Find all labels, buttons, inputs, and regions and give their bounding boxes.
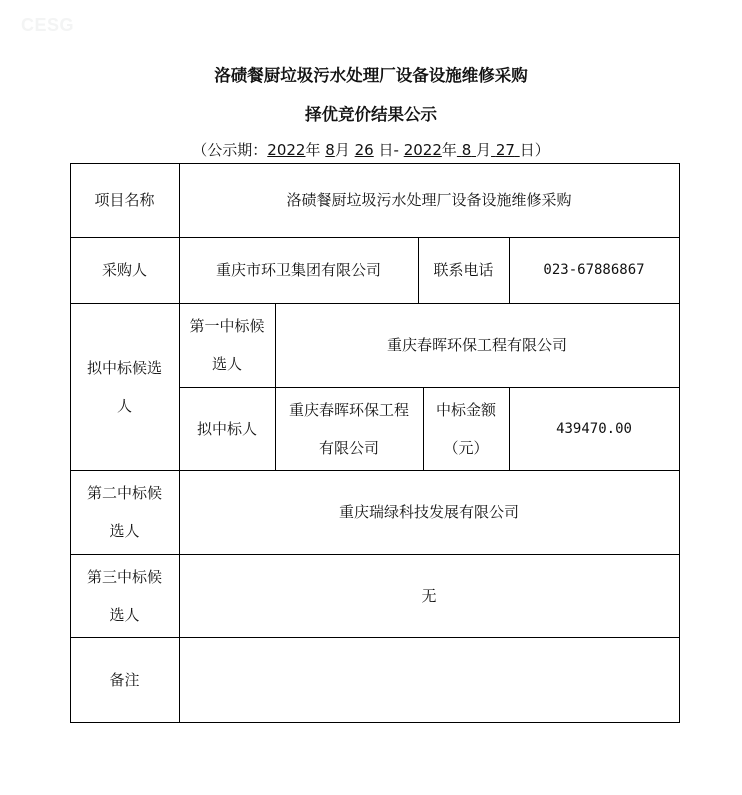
year-label: 年 xyxy=(305,141,320,159)
third-candidate-label-line1: 第三中标候 xyxy=(87,558,162,596)
announcement-period: （公示期：2022年 8月 26 日- 2022年 8 月 27 日） xyxy=(0,139,742,160)
start-month: 8 xyxy=(325,141,335,159)
month-label: 月 xyxy=(335,141,350,159)
remarks-label: 备注 xyxy=(70,637,179,722)
second-candidate-value: 重庆瑞绿科技发展有限公司 xyxy=(179,470,679,554)
bid-amount-label-line2: （元） xyxy=(443,429,488,467)
document-subtitle: 择优竞价结果公示 xyxy=(0,101,742,125)
end-month: 8 xyxy=(462,141,472,159)
second-candidate-label-line1: 第二中标候 xyxy=(87,474,162,512)
month-label: 月 xyxy=(476,141,491,159)
remarks-value xyxy=(179,637,679,722)
second-candidate-label: 第二中标候 选人 xyxy=(70,470,179,554)
third-candidate-label-line2: 选人 xyxy=(109,596,139,634)
end-year: 2022 xyxy=(404,141,442,159)
document-title: 洛碛餐厨垃圾污水处理厂设备设施维修采购 xyxy=(0,62,742,86)
contact-phone-value: 023-67886867 xyxy=(509,237,679,303)
first-candidate-label-line1: 第一中标候 xyxy=(189,307,264,345)
bid-amount-label: 中标金额 （元） xyxy=(423,387,509,470)
bid-amount-value: 439470.00 xyxy=(509,387,679,470)
purchaser-value: 重庆市环卫集团有限公司 xyxy=(179,237,418,303)
bid-amount-label-line1: 中标金额 xyxy=(436,391,496,429)
proposed-candidates-label-line2: 人 xyxy=(117,387,132,425)
proposed-candidates-label: 拟中标候选 人 xyxy=(70,303,179,470)
contact-phone-label: 联系电话 xyxy=(418,237,509,303)
first-candidate-label: 第一中标候 选人 xyxy=(179,303,275,387)
proposed-winner-value-line2: 有限公司 xyxy=(319,429,379,467)
year-label: 年 xyxy=(442,141,457,159)
second-candidate-label-line2: 选人 xyxy=(109,512,139,550)
project-name-label: 项目名称 xyxy=(70,163,179,237)
third-candidate-value: 无 xyxy=(179,554,679,637)
proposed-candidates-label-line1: 拟中标候选 xyxy=(87,349,162,387)
period-prefix: （公示期： xyxy=(192,141,267,159)
third-candidate-label: 第三中标候 选人 xyxy=(70,554,179,637)
start-day: 26 xyxy=(355,141,374,159)
day-label: 日- xyxy=(379,141,399,159)
watermark-logo: CESG xyxy=(21,15,74,36)
purchaser-label: 采购人 xyxy=(70,237,179,303)
proposed-winner-value: 重庆春晖环保工程 有限公司 xyxy=(275,387,423,470)
period-suffix: 日） xyxy=(520,141,550,159)
first-candidate-value: 重庆春晖环保工程有限公司 xyxy=(275,303,679,387)
project-name-value: 洛碛餐厨垃圾污水处理厂设备设施维修采购 xyxy=(179,163,679,237)
start-year: 2022 xyxy=(267,141,305,159)
end-day: 27 xyxy=(496,141,515,159)
proposed-winner-value-line1: 重庆春晖环保工程 xyxy=(289,391,409,429)
proposed-winner-label: 拟中标人 xyxy=(179,387,275,470)
first-candidate-label-line2: 选人 xyxy=(212,345,242,383)
